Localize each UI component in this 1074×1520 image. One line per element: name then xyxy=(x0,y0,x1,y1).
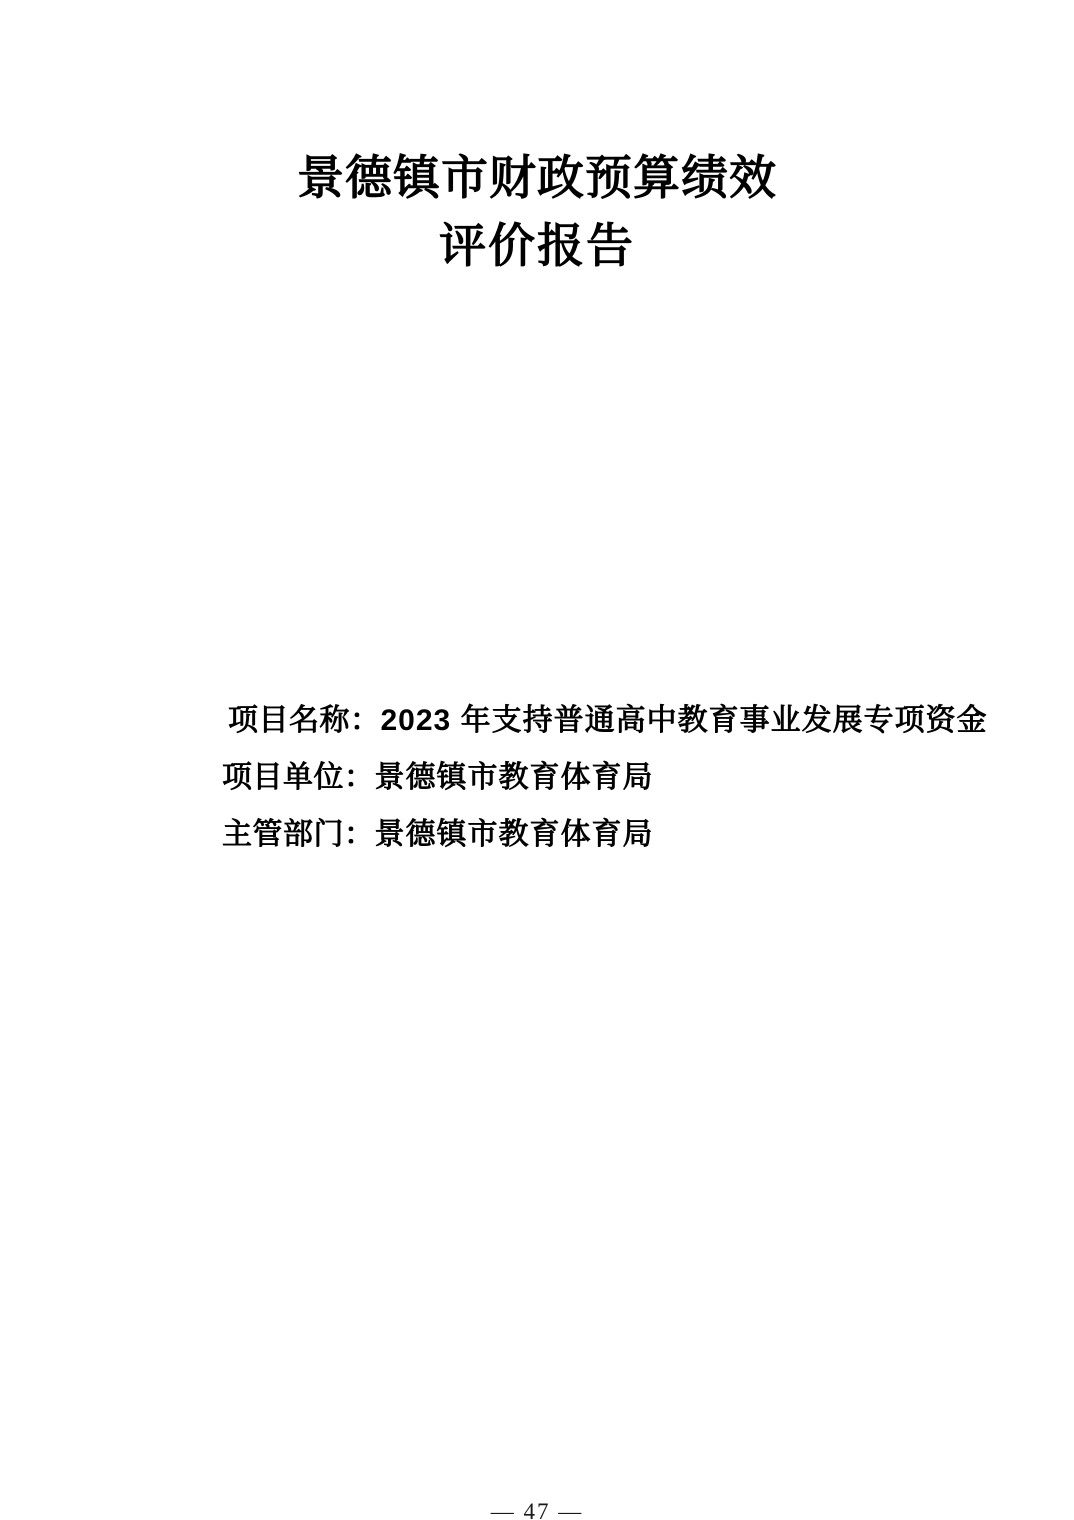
supervising-department-value: 景德镇市教育体育局 xyxy=(375,818,654,851)
page-number: — 47 — xyxy=(0,1499,1074,1520)
field-project-unit: 项目单位：景德镇市教育体育局 xyxy=(222,749,988,806)
document-title-line-1: 景德镇市财政预算绩效 xyxy=(0,144,1074,212)
project-info-block: 项目名称：2023 年支持普通高中教育事业发展专项资金 项目单位：景德镇市教育体… xyxy=(222,692,988,863)
project-name-label: 项目名称： xyxy=(228,704,381,737)
supervising-department-label: 主管部门： xyxy=(222,818,375,851)
project-name-value: 2023 年支持普通高中教育事业发展专项资金 xyxy=(381,704,988,737)
project-unit-label: 项目单位： xyxy=(222,761,375,794)
document-page: 景德镇市财政预算绩效 评价报告 项目名称：2023 年支持普通高中教育事业发展专… xyxy=(0,0,1074,1520)
field-supervising-department: 主管部门：景德镇市教育体育局 xyxy=(222,806,988,863)
document-title-line-2: 评价报告 xyxy=(0,212,1074,280)
field-project-name: 项目名称：2023 年支持普通高中教育事业发展专项资金 xyxy=(222,692,988,749)
document-title: 景德镇市财政预算绩效 评价报告 xyxy=(0,144,1074,280)
project-unit-value: 景德镇市教育体育局 xyxy=(375,761,654,794)
